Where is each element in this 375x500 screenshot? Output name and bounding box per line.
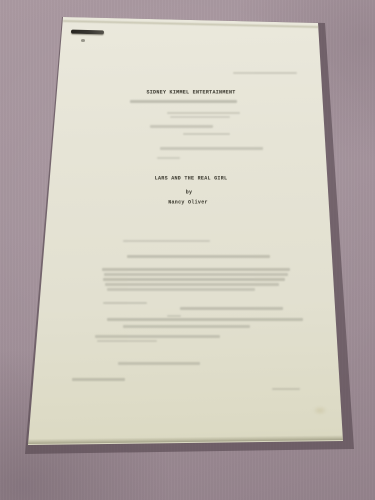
bleedthrough-line <box>170 116 230 118</box>
bleedthrough-line <box>72 378 125 381</box>
bleedthrough-line <box>183 133 230 135</box>
bleedthrough-line <box>272 388 300 390</box>
bleedthrough-line <box>102 268 290 271</box>
bleedthrough-line <box>127 255 270 258</box>
bleedthrough-line <box>167 112 240 114</box>
script-title: LARS AND THE REAL GIRL <box>155 176 228 182</box>
byline: by <box>186 190 193 196</box>
bleedthrough-line <box>103 278 285 281</box>
bleedthrough-line <box>130 100 237 103</box>
bleedthrough-line <box>157 157 180 159</box>
bleedthrough-line <box>97 340 157 342</box>
author-name: Nancy Oliver <box>168 200 208 206</box>
paper-stain <box>313 406 327 415</box>
bleedthrough-line <box>103 302 147 304</box>
bleedthrough-line <box>233 72 297 74</box>
bleedthrough-line <box>107 288 255 291</box>
bleedthrough-line <box>107 318 303 321</box>
binder-clip-icon <box>71 30 104 34</box>
bleedthrough-line <box>104 273 288 276</box>
bleedthrough-line <box>180 307 283 310</box>
bleedthrough-line <box>160 147 263 150</box>
bleedthrough-line <box>123 240 210 242</box>
bleedthrough-line <box>95 335 220 338</box>
clip-mark <box>81 39 85 42</box>
photo-of-script: SIDNEY KIMMEL ENTERTAINMENT LARS AND THE… <box>0 0 375 500</box>
bleedthrough-line <box>167 315 181 317</box>
bleedthrough-line <box>118 362 200 365</box>
company-name: SIDNEY KIMMEL ENTERTAINMENT <box>146 90 235 96</box>
bleedthrough-line <box>105 283 279 286</box>
bleedthrough-line <box>150 125 213 128</box>
bleedthrough-line <box>123 325 250 328</box>
